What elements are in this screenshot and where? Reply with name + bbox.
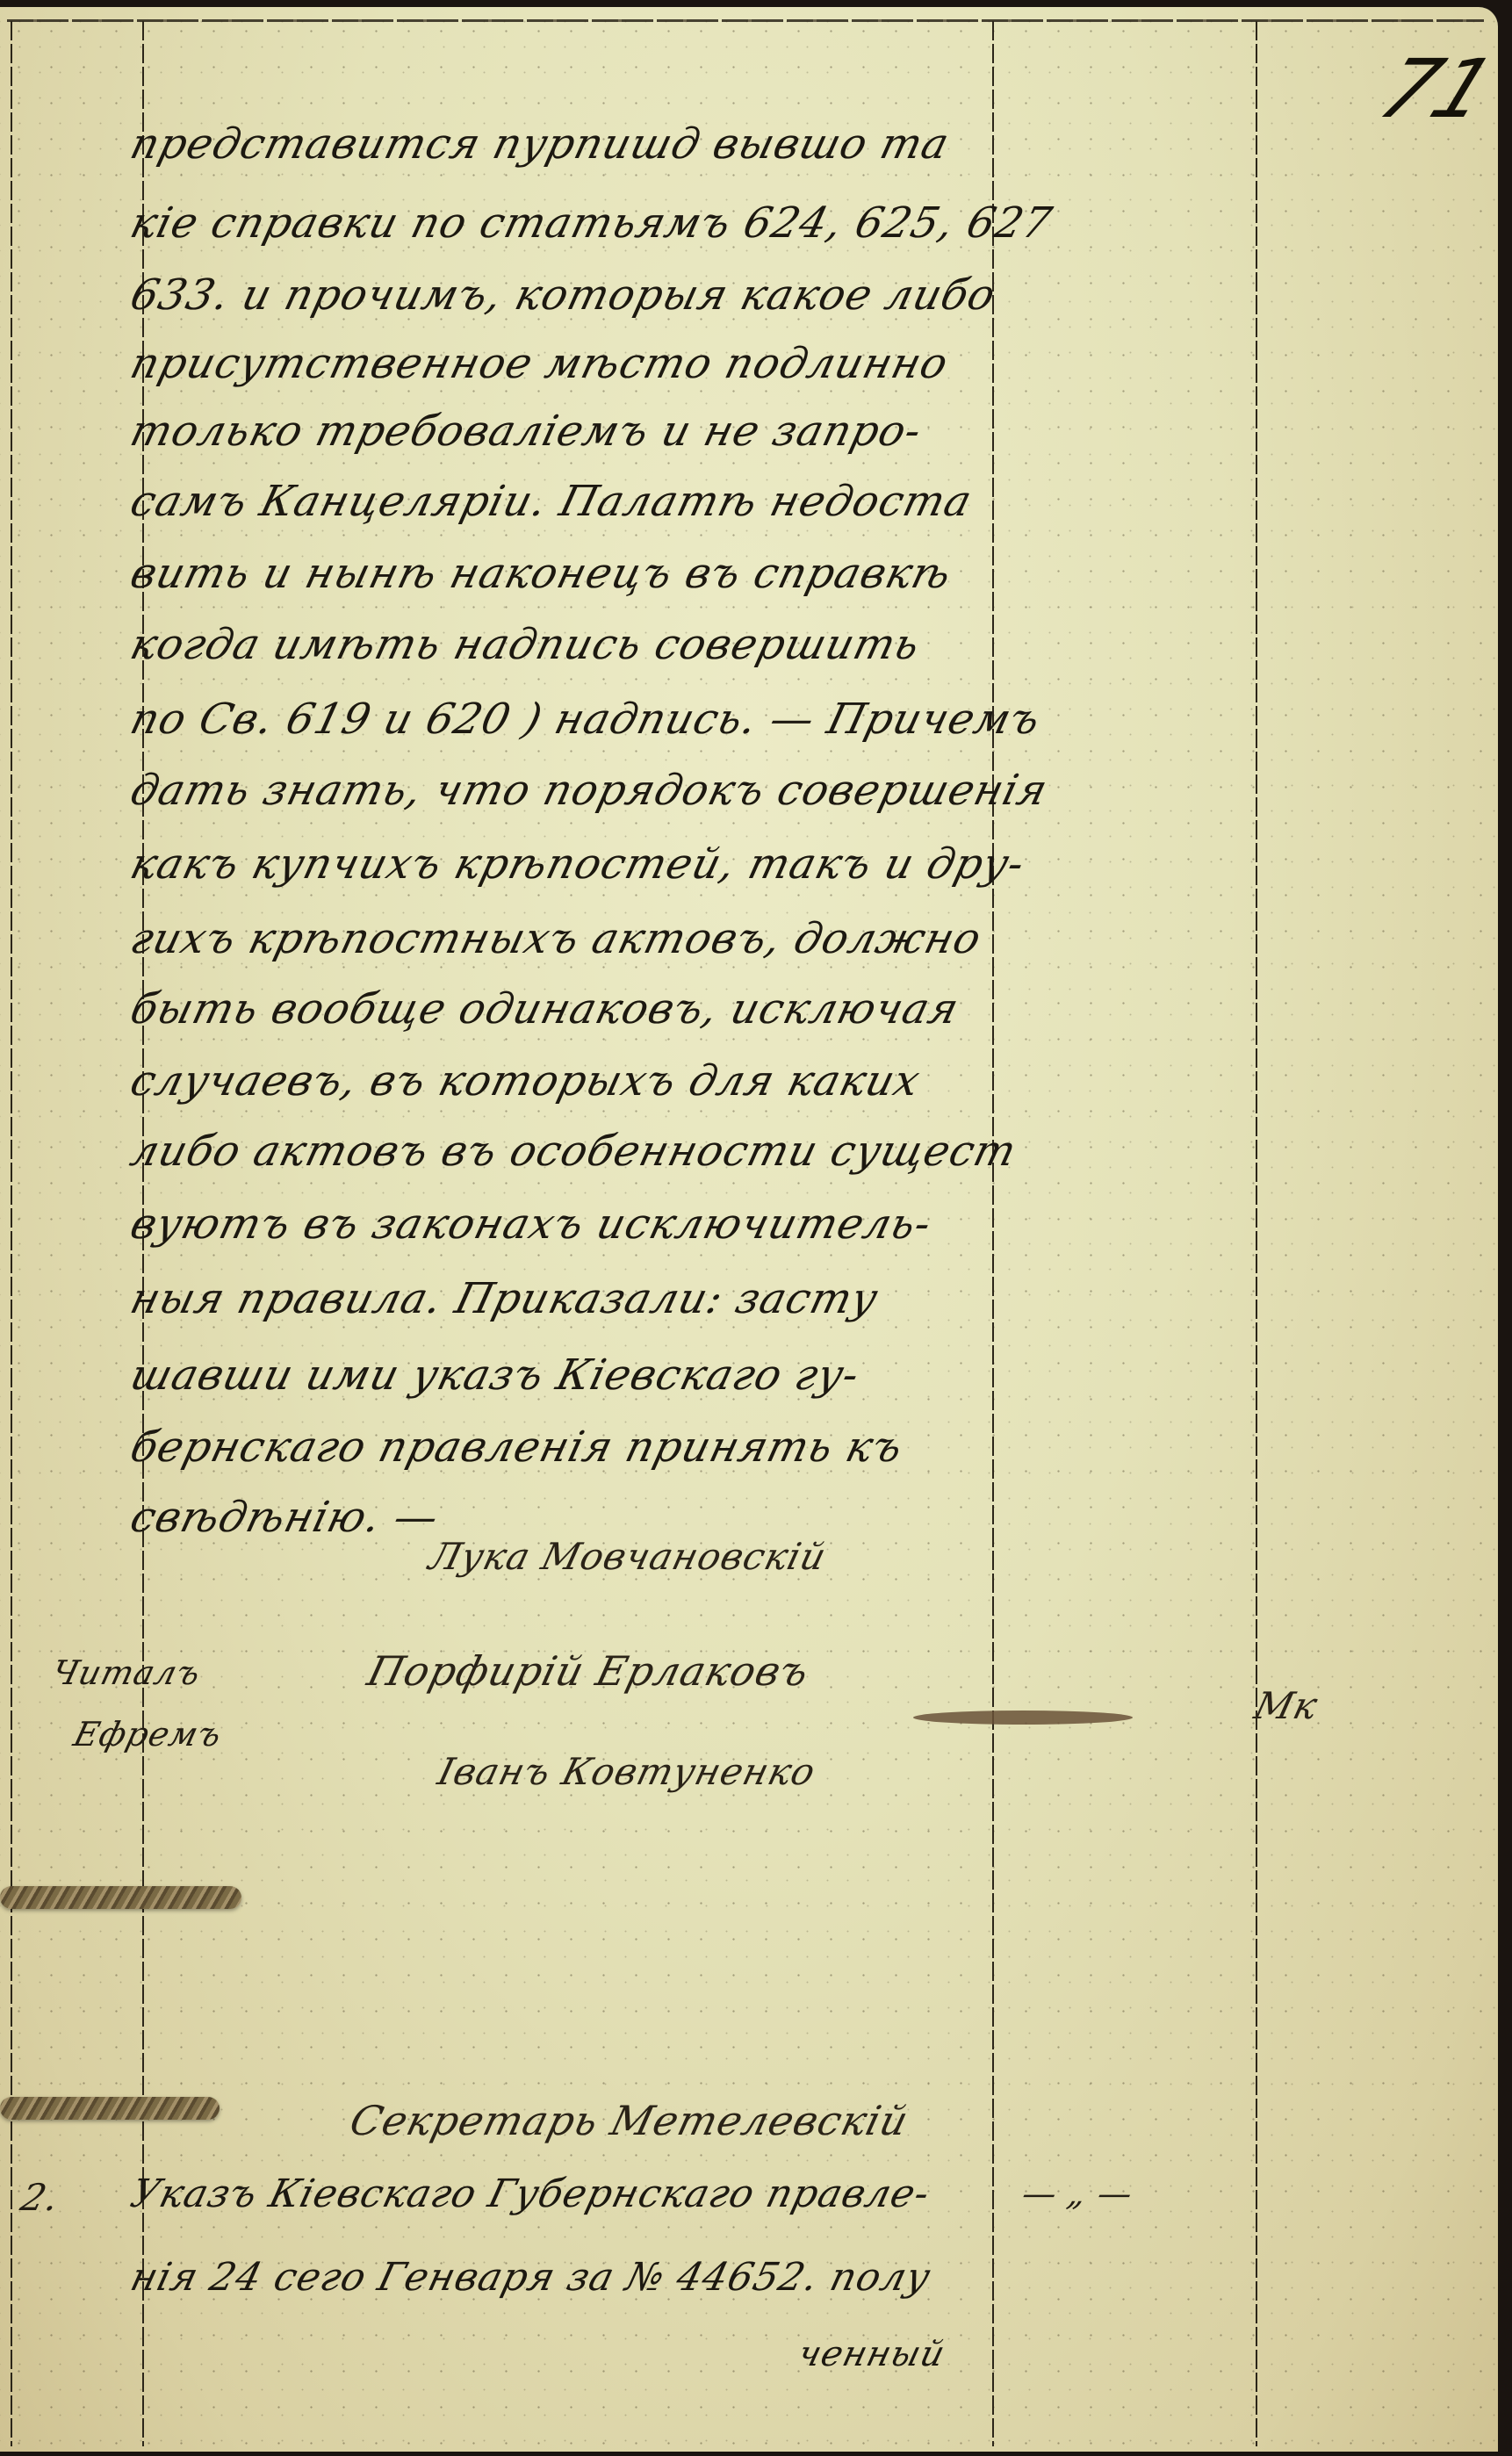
entry-line: Указъ Кіевскаго Губернскаго правле-: [126, 2172, 935, 2216]
body-line: вить и нынѣ наконецъ въ справкѣ: [126, 549, 957, 598]
top-rule: [7, 19, 1484, 22]
text-column-rule: [992, 21, 994, 2446]
body-line: когда имѣть надпись совершить: [126, 620, 925, 669]
body-line: самъ Канцеляріи. Палатѣ недоста: [126, 477, 977, 526]
signature-movchanovsky: Лука Мовчановскій: [425, 1535, 831, 1578]
entry-trailing-marks: — „ —: [1019, 2174, 1138, 2213]
body-line: случаевъ, въ которыхъ для каких: [126, 1056, 925, 1106]
body-line: шавши ими указъ Кіевскаго гу-: [126, 1350, 865, 1400]
body-line: только требоваліемъ и не запро-: [126, 407, 927, 456]
entry-line: нія 24 сего Генваря за № 44652. полу: [126, 2255, 936, 2300]
body-line: 633. и прочимъ, которыя какое либо: [126, 270, 1001, 320]
entry-number: 2.: [17, 2176, 64, 2219]
binding-thread-upper: [0, 1886, 241, 1909]
entry-line: ченный: [794, 2334, 949, 2374]
secretary-signature: Секретарь Метелевскій: [345, 2097, 913, 2144]
body-line: быть вообще одинаковъ, исключая: [126, 984, 964, 1034]
body-line: ныя правила. Приказали: засту: [126, 1274, 883, 1323]
binding-thread-lower: [0, 2097, 220, 2120]
body-line: дать знать, что порядокъ совершенія: [126, 766, 1053, 815]
right-column-initials: Мк: [1250, 1684, 1322, 1727]
body-line: либо актовъ въ особенности сущест: [126, 1127, 1022, 1176]
margin-note-name: Ефремъ: [70, 1715, 227, 1754]
ledger-page: 71 представится пурпишд вывшо та кіе спр…: [0, 7, 1498, 2452]
body-line: кіе справки по статьямъ 624, 625, 627: [126, 198, 1057, 248]
body-line: какъ купчихъ крѣпостей, такъ и дру-: [126, 839, 1030, 889]
signature-flourish: [913, 1711, 1133, 1725]
body-line: вуютъ въ законахъ исключитель-: [126, 1199, 937, 1249]
body-line: свѣдѣнію. —: [126, 1493, 444, 1542]
signature-kovtunenko: Іванъ Ковтуненко: [434, 1750, 820, 1793]
signature-erlakov: Порфирій Ерлаковъ: [363, 1647, 814, 1695]
body-line: по Св. 619 и 620 ) надпись. — Причемъ: [126, 695, 1046, 744]
body-line: гихъ крѣпостныхъ актовъ, должно: [126, 914, 987, 963]
right-column-rule: [1256, 21, 1257, 2446]
outer-margin-rule: [11, 21, 12, 2446]
body-line: присутственное мѣсто подлинно: [126, 339, 954, 388]
margin-note-read: Читалъ: [48, 1653, 205, 1692]
body-line: представится пурпишд вывшо та: [126, 119, 954, 169]
page-number: 71: [1366, 42, 1507, 136]
body-line: бернскаго правленія принять къ: [126, 1422, 908, 1472]
